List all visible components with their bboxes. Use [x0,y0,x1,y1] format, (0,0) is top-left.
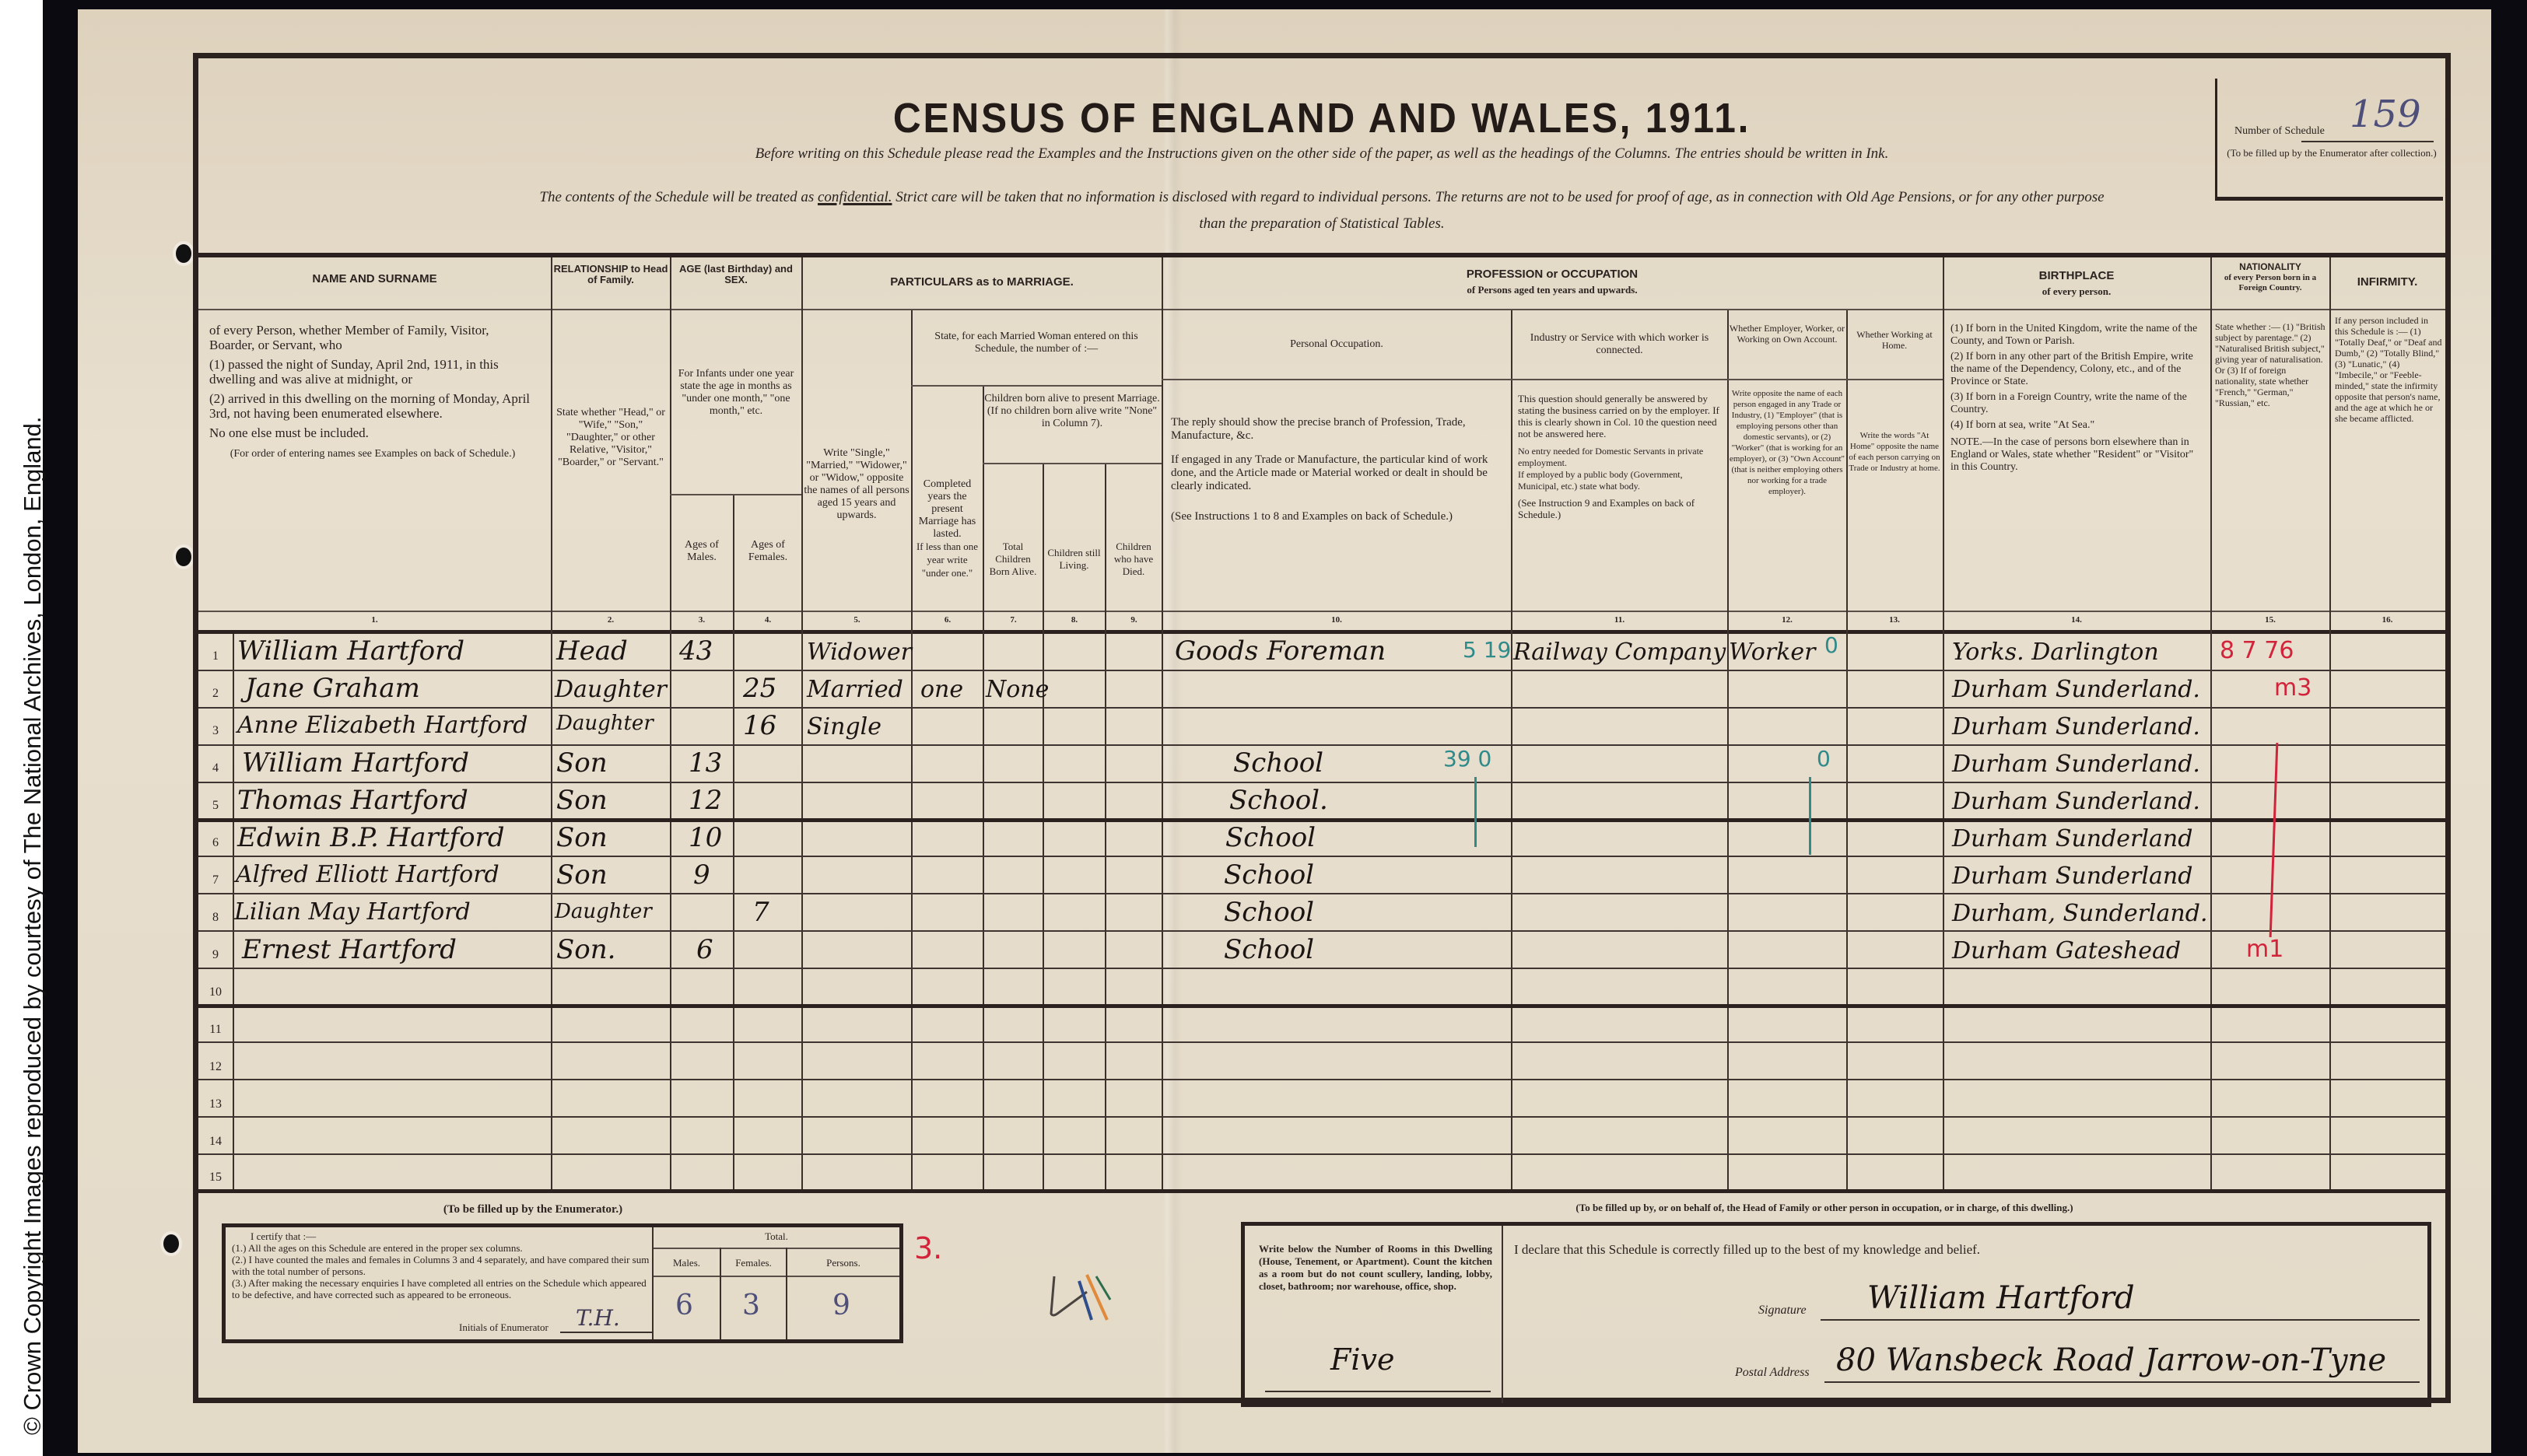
census-form: CENSUS OF ENGLAND AND WALES, 1911. Befor… [193,53,2451,1403]
name-description: of every Person, whether Member of Famil… [209,323,536,460]
row-line [198,1079,2445,1080]
col-divider [1162,257,1163,1189]
address-value[interactable]: 80 Wansbeck Road Jarrow-on-Tyne [1836,1342,2386,1378]
row-line [198,707,2445,709]
name-desc-intro: of every Person, whether Member of Famil… [209,323,536,352]
cell-occupation[interactable]: School [1224,859,1314,891]
row-line [198,968,2445,969]
cell-relationship[interactable]: Daughter [555,900,652,923]
occupation-desc-1: The reply should show the precise branch… [1171,416,1505,443]
cell-relationship[interactable]: Son [556,822,608,853]
cell-name[interactable]: Alfred Elliott Hartford [236,861,499,888]
cell-name[interactable]: Anne Elizabeth Hartford [237,712,527,739]
schedule-number-line [2301,141,2434,142]
copyright-notice: © Crown Copyright Images reproduced by c… [21,417,44,1436]
birthplace-item2: (2) If born in any other part of the Bri… [1950,351,2204,388]
females-total[interactable]: 3 [742,1290,760,1321]
cell-name[interactable]: Thomas Hartford [237,785,468,816]
declaration-text: I declare that this Schedule is correctl… [1514,1243,2417,1256]
header-occupation: PROFESSION or OCCUPATION [1163,268,1941,281]
row-line-thick [198,818,2445,822]
header-bottom-line [198,611,2445,612]
males-total[interactable]: 6 [675,1290,693,1321]
cell-employment-code: 0 [1824,632,1838,658]
row-number: 4 [198,761,233,775]
years-married-note: If less than one year write "under one." [917,541,978,579]
signature-line [1821,1319,2420,1321]
punch-hole-icon [163,1234,179,1253]
cell-birthplace-code: m1 [2246,936,2283,963]
col-divider [1511,310,1512,1189]
cell-occupation[interactable]: School [1224,934,1314,965]
row-number: 14 [198,1135,233,1149]
cell-age-female[interactable]: 7 [752,897,769,928]
rows-bottom-border [198,1189,2445,1193]
signature-value[interactable]: William Hartford [1867,1280,2135,1316]
header-name: NAME AND SURNAME [198,273,551,285]
marriage-status-description: Write "Single," "Married," "Widower," or… [804,447,910,522]
row-number: 6 [198,836,233,850]
name-desc-item2: (2) arrived in this dwelling on the morn… [209,391,536,421]
personal-occupation-desc: The reply should show the precise branch… [1171,416,1505,523]
cell-birthplace[interactable]: Durham, Sunderland. [1952,900,2207,927]
cell-relationship[interactable]: Son. [556,934,615,965]
name-desc-note: No one else must be included. [209,425,536,440]
cell-children-total[interactable]: None [986,676,1049,703]
header-divider [198,309,2445,310]
col-number: 12. [1729,615,1845,625]
row-line-thick [198,1004,2445,1008]
nationality-desc: State whether :— (1) "British subject by… [2215,321,2325,408]
cell-occupation-code: 39 0 [1443,746,1491,772]
cell-birthplace[interactable]: Durham Sunderland. [1952,788,2200,815]
punch-hole-icon [176,548,191,566]
rows-top-border [198,630,2445,634]
cell-birthplace[interactable]: Durham Gateshead [1952,937,2181,964]
age-infants-description: For Infants under one year state the age… [671,368,801,418]
cell-relationship[interactable]: Daughter [555,676,667,703]
cell-birthplace[interactable]: Durham Sunderland. [1952,676,2200,703]
cell-birthplace[interactable]: Durham Sunderland. [1952,751,2200,778]
cell-occupation[interactable]: Goods Foreman [1175,635,1386,667]
head-of-family-heading: (To be filled up by, or on behalf of, th… [1202,1202,2447,1214]
row-number: 10 [198,985,233,999]
ages-divider [670,494,801,495]
certify-label: I certify that :— [232,1230,652,1242]
row-line [198,1041,2445,1043]
row-number: 5 [198,799,233,813]
col-divider [1943,257,1944,1189]
cell-name[interactable]: Edwin B.P. Hartford [237,822,505,853]
infirmity-desc: If any person included in this Schedule … [2335,315,2442,424]
total-label: Total. [654,1230,899,1243]
children-total-label: Total Children Born Alive. [984,541,1042,578]
years-married-description: Completed years the present Marriage has… [913,478,982,580]
address-label: Postal Address [1735,1366,1810,1379]
schedule-number-value[interactable]: 159 [2350,93,2421,136]
total-divider [652,1227,654,1339]
col-number: 3. [671,615,732,625]
cell-occupation[interactable]: School [1224,897,1314,928]
rooms-instruction: Write below the Number of Rooms in this … [1259,1243,1492,1293]
rooms-line [1265,1391,1491,1392]
cell-age-male[interactable]: 12 [689,785,722,816]
cell-age-male[interactable]: 43 [679,635,713,667]
cell-occupation[interactable]: School [1233,747,1323,779]
children-header: Children born alive to present Marriage.… [984,393,1160,430]
children-died-label: Children who have Died. [1106,541,1161,578]
name-desc-item1: (1) passed the night of Sunday, April 2n… [209,357,536,387]
row-number: 3 [198,724,233,738]
col-number: 6. [913,615,983,625]
enumerator-box: I certify that :— (1.) All the ages on t… [222,1223,903,1343]
col-number: 14. [1944,615,2209,625]
row-line [198,670,2445,671]
row-number: 13 [198,1097,233,1111]
instruction-text: The contents of the Schedule will be tre… [539,189,818,205]
occupation-desc-2: If engaged in any Trade or Manufacture, … [1171,453,1505,493]
header-age: AGE (last Birthday) and SEX. [671,264,801,285]
cell-name[interactable]: William Hartford [237,635,464,667]
rooms-value[interactable]: Five [1330,1342,1394,1377]
header-birthplace-sub: of every person. [1944,285,2209,298]
total-line [654,1248,899,1249]
cell-marriage[interactable]: Married [807,676,903,703]
at-home-title: Whether Working at Home. [1848,329,1941,351]
col-number: 15. [2212,615,2329,625]
birthplace-note: NOTE.—In the case of persons born elsewh… [1950,436,2204,474]
cell-name[interactable]: Jane Graham [245,673,420,704]
cell-relationship[interactable]: Son [556,785,608,816]
row-line [198,893,2445,894]
col-number: 13. [1848,615,1941,625]
occupation-subheader-divider [1162,379,1943,380]
cell-marriage[interactable]: Widower [807,639,912,666]
cell-age-female[interactable]: 16 [743,710,776,741]
col-divider [911,310,913,1189]
cell-age-male[interactable]: 6 [696,934,713,965]
birthplace-desc: (1) If born in the United Kingdom, write… [1950,323,2204,474]
married-woman-description: State, for each Married Woman entered on… [913,331,1160,355]
col-number: 5. [803,615,911,625]
col-divider [801,257,803,1189]
header-occupation-sub: of Persons aged ten years and upwards. [1163,284,1941,296]
signature-label: Signature [1758,1304,1807,1317]
cell-age-male[interactable]: 13 [689,747,722,779]
males-label: Males. [654,1257,720,1269]
header-nationality: NATIONALITY [2212,262,2329,272]
cell-years-married[interactable]: one [920,676,963,703]
table-top-border [198,253,2445,257]
children-living-label: Children still Living. [1044,547,1104,572]
enumerator-certification: I certify that :— (1.) All the ages on t… [232,1230,652,1300]
col-number: 4. [734,615,801,625]
cell-occupation-code: 5 19 [1463,637,1511,663]
initials-value[interactable]: T.H. [576,1305,620,1331]
schedule-number-box: Number of Schedule 159 (To be filled up … [2215,79,2443,201]
personal-occupation-title: Personal Occupation. [1163,338,1510,351]
instruction-line-3: than the preparation of Statistical Tabl… [198,215,2445,233]
cell-age-male[interactable]: 9 [693,859,710,891]
col-number: 16. [2331,615,2444,625]
row-number: 11 [198,1023,233,1037]
cell-relationship[interactable]: Daughter [556,712,654,735]
cell-name[interactable]: Lilian May Hartford [234,898,471,926]
age-females-label: Ages of Females. [734,539,801,564]
cell-name[interactable]: William Hartford [242,747,469,779]
confidential-word: confidential. [818,189,892,205]
schedule-number-note: (To be filled up by the Enumerator after… [2227,147,2437,159]
birthplace-item4: (4) If born at sea, write "At Sea." [1950,419,2204,432]
cell-birthplace[interactable]: Durham Sunderland [1952,825,2192,852]
col-divider [983,385,984,1189]
page-title: CENSUS OF ENGLAND AND WALES, 1911. [289,94,2356,142]
row-number: 7 [198,873,233,887]
cell-birthplace-code: 8 7 76 [2220,637,2294,664]
years-married-label: Completed years the present Marriage has… [919,478,976,540]
cell-relationship[interactable]: Head [556,635,628,667]
industry-desc-1: This question should generally be answer… [1518,393,1722,439]
enumerator-heading: (To be filled up by the Enumerator.) [198,1203,867,1216]
header-infirmity: INFIRMITY. [2331,276,2444,289]
cell-occupation[interactable]: School [1225,822,1316,853]
row-number: 8 [198,911,233,925]
cell-relationship[interactable]: Son [556,859,608,891]
schedule-number-label: Number of Schedule [2234,125,2325,138]
relationship-description: State whether "Head," or "Wife," "Son," … [555,407,667,469]
persons-total[interactable]: 9 [832,1290,850,1321]
address-line [1824,1381,2420,1383]
industry-desc-4: (See Instruction 9 and Examples on back … [1518,497,1722,520]
row-line [198,1153,2445,1155]
certify-item2: (2.) I have counted the males and female… [232,1254,652,1277]
teal-ditto-line [1474,777,1477,847]
cell-birthplace[interactable]: Durham Sunderland [1952,863,2192,890]
occupation-desc-3: (See Instructions 1 to 8 and Examples on… [1171,510,1505,523]
employment-desc: Write opposite the name of each person e… [1729,388,1845,497]
cell-employment[interactable]: Worker [1729,639,1815,666]
certify-item3: (3.) After making the necessary enquirie… [232,1277,652,1300]
cell-birthplace[interactable]: Durham Sunderland. [1952,713,2200,740]
instruction-text: Strict care will be taken that no inform… [892,189,2105,205]
teal-ditto-line [1809,777,1811,855]
col-number: 9. [1106,615,1162,625]
cell-birthplace-code: m3 [2274,674,2311,702]
header-birthplace: BIRTHPLACE [1944,270,2209,282]
at-home-desc: Write the words "At Home" opposite the n… [1848,430,1941,474]
row-line [198,930,2445,932]
industry-title: Industry or Service with which worker is… [1512,332,1726,357]
employment-title: Whether Employer, Worker, or Working on … [1729,323,1845,345]
tally-marks-icon [1046,1269,1116,1323]
col-number: 11. [1512,615,1726,625]
cell-marriage[interactable]: Single [807,713,881,740]
col-number: 2. [552,615,669,625]
col-number: 10. [1163,615,1510,625]
red-note: 3. [914,1231,942,1265]
punch-hole-icon [176,244,191,263]
name-desc-footnote: (For order of entering names see Example… [209,448,536,460]
cell-name[interactable]: Ernest Hartford [242,934,457,965]
row-line [198,744,2445,746]
row-number: 12 [198,1060,233,1074]
age-males-label: Ages of Males. [671,539,732,564]
children-divider [983,463,1162,464]
row-line [198,782,2445,783]
initials-line [560,1332,654,1333]
cell-relationship[interactable]: Son [556,747,608,779]
cell-industry[interactable]: Railway Company [1513,639,1726,666]
cell-occupation[interactable]: School. [1229,785,1328,816]
total-line [654,1276,899,1277]
industry-desc: This question should generally be answer… [1518,393,1722,520]
cell-employment-code: 0 [1817,746,1831,772]
header-relationship: RELATIONSHIP to Head of Family. [552,264,669,285]
col-number: 1. [198,615,551,625]
col-divider [2210,257,2212,1189]
red-bracket-line [2269,743,2279,937]
col-number: 8. [1044,615,1105,625]
row-number: 1 [198,649,233,663]
row-number: 15 [198,1171,233,1185]
industry-desc-3: If employed by a public body (Government… [1518,469,1722,492]
birthplace-item3: (3) If born in a Foreign Country, write … [1950,391,2204,416]
cell-age-female[interactable]: 25 [743,673,776,704]
col-divider [551,257,552,1189]
industry-desc-2: No entry needed for Domestic Servants in… [1518,446,1722,469]
initials-label: Initials of Enumerator [459,1321,549,1334]
rooms-divider [1502,1226,1503,1403]
row-line [198,856,2445,857]
cell-birthplace[interactable]: Yorks. Darlington [1952,639,2159,666]
instruction-line-1: Before writing on this Schedule please r… [198,145,2445,163]
row-number: 9 [198,948,233,962]
header-nationality-sub: of every Person born in a Foreign Countr… [2212,273,2329,293]
col-number: 7. [984,615,1043,625]
copyright-strip: © Crown Copyright Images reproduced by c… [0,0,43,1456]
persons-label: Persons. [787,1257,899,1269]
row-number: 2 [198,687,233,701]
instruction-line-2: The contents of the Schedule will be tre… [214,189,2430,206]
col-divider [2329,257,2331,1189]
head-of-family-box: Write below the Number of Rooms in this … [1241,1222,2431,1407]
birthplace-item1: (1) If born in the United Kingdom, write… [1950,323,2204,348]
row-line [198,1116,2445,1118]
certify-item1: (1.) All the ages on this Schedule are e… [232,1242,652,1254]
females-label: Females. [721,1257,786,1269]
married-woman-divider [911,385,1162,387]
header-marriage: PARTICULARS as to MARRIAGE. [803,276,1161,289]
cell-age-male[interactable]: 10 [689,822,722,853]
col-divider [733,494,734,1189]
